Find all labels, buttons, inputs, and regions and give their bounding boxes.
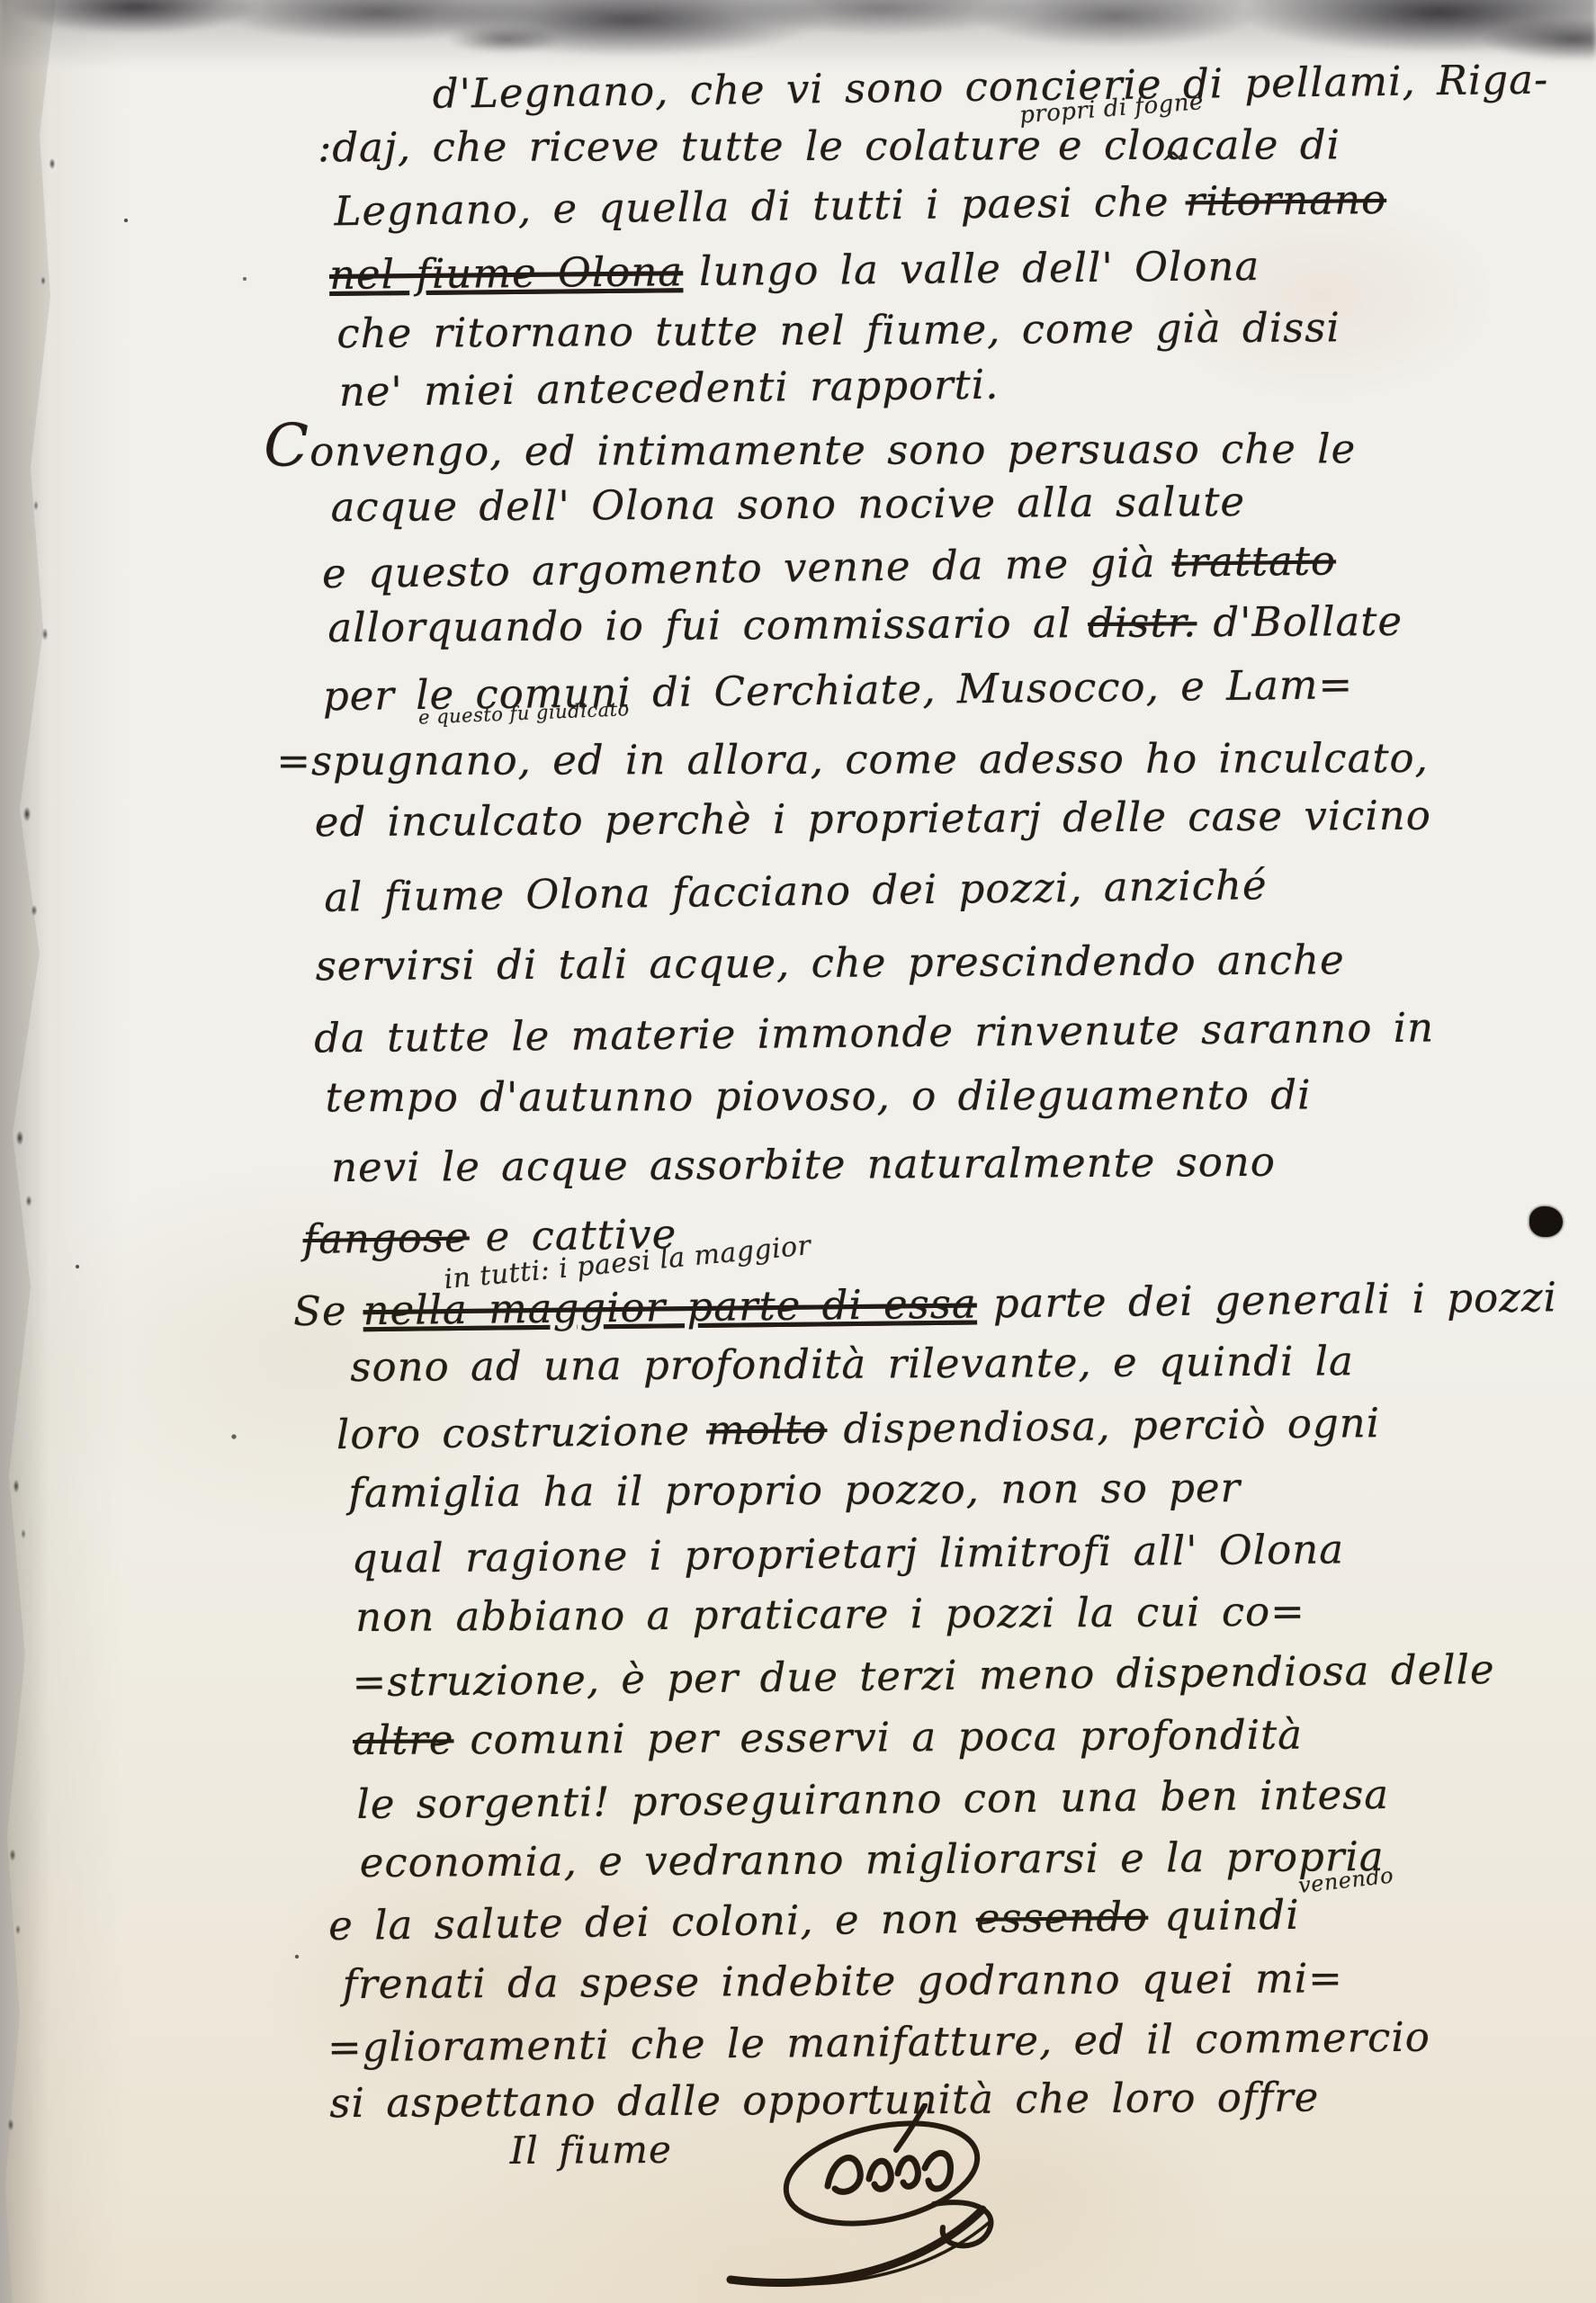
line-text: quindi — [1164, 1891, 1300, 1940]
manuscript-line: nel fiume Olonalungo la valle dell' Olon… — [329, 246, 1260, 295]
struck-text: nel fiume Olona — [329, 247, 684, 299]
manuscript-line: non abbiano a praticare i pozzi la cui c… — [355, 1591, 1305, 1637]
line-text: Se — [293, 1286, 347, 1335]
manuscript-line: al fiume Olona facciano dei pozzi, anzic… — [324, 865, 1268, 918]
manuscript-line: frenati da spese indebite godranno quei … — [343, 1958, 1343, 2004]
line-text: qual ragione i proprietarj limitrofi all… — [352, 1525, 1345, 1582]
line-text: =spugnano, ed in allora, come adesso ho … — [276, 734, 1429, 784]
line-text: e questo argomento venne da me già — [322, 539, 1156, 597]
line-text: Convengo, ed intimamente sono persuaso c… — [264, 425, 1356, 475]
line-text: al fiume Olona facciano dei pozzi, anzic… — [324, 861, 1268, 921]
line-text: e cloacale di — [1058, 121, 1340, 169]
line-text: :daj, che riceve tutte le colature — [318, 121, 1042, 171]
line-text: loro costruzione — [336, 1407, 691, 1458]
line-text: economia, e vedranno migliorarsi e la pr… — [360, 1833, 1385, 1886]
manuscript-line: tempo d'autunno piovoso, o dileguamento … — [326, 1074, 1312, 1117]
manuscript-line: e la salute dei coloni, e nonessendoquin… — [328, 1895, 1300, 1946]
struck-text: ritornano — [1185, 175, 1386, 226]
line-text: =glioramenti che le manifatture, ed il c… — [327, 2013, 1430, 2072]
line-text: le sorgenti! proseguiranno con una ben i… — [356, 1770, 1389, 1828]
manuscript-line: acque dell' Olona sono nocive alla salut… — [330, 481, 1245, 527]
manuscript-line: servirsi di tali acque, che prescindendo… — [316, 939, 1345, 986]
line-text: servirsi di tali acque, che prescindendo… — [316, 936, 1345, 990]
struck-text: distr. — [1088, 598, 1197, 647]
manuscript-line: =struzione, è per due terzi meno dispend… — [352, 1649, 1495, 1702]
manuscript-line: Convengo, ed intimamente sono persuaso c… — [264, 414, 1356, 475]
line-text: nevi le acque assorbite naturalmente son… — [331, 1138, 1276, 1191]
line-text: e la salute dei coloni, e non — [328, 1895, 960, 1949]
manuscript-line: allorquando io fui commissario aldistr.d… — [327, 601, 1403, 648]
manuscript-line: loro costruzionemoltodispendiosa, perciò… — [336, 1402, 1381, 1455]
line-text: allorquando io fui commissario al — [327, 599, 1071, 651]
line-text: comuni per esservi a poca profondità — [470, 1711, 1303, 1764]
manuscript-line: :daj, che riceve tutte le colaturee cloa… — [318, 124, 1340, 167]
manuscript-line: economia, e vedranno migliorarsi e la pr… — [360, 1836, 1385, 1883]
manuscript-line: che ritornano tutte nel fiume, come già … — [336, 307, 1340, 354]
line-text: =struzione, è per due terzi meno dispend… — [352, 1645, 1495, 1706]
manuscript-line: le sorgenti! proseguiranno con una ben i… — [356, 1774, 1389, 1824]
manuscript-line: nevi le acque assorbite naturalmente son… — [331, 1142, 1276, 1187]
manuscript-line: =spugnano, ed in allora, come adesso ho … — [276, 738, 1429, 781]
line-text: ed inculcato perchè i proprietarj delle … — [315, 792, 1431, 847]
struck-text: trattato — [1171, 536, 1336, 586]
handwritten-text: d'Legnano, che vi sono concierie di pell… — [0, 0, 1596, 2303]
line-text: non abbiano a praticare i pozzi la cui c… — [355, 1588, 1305, 1641]
line-text: da tutte le materie immonde rinvenute sa… — [314, 1004, 1434, 1062]
manuscript-line: d'Legnano, che vi sono concierie di pell… — [433, 59, 1549, 114]
manuscript-line: =glioramenti che le manifatture, ed il c… — [327, 2017, 1430, 2068]
line-text: dispendiosa, perciò ogni — [843, 1399, 1380, 1453]
line-text: lungo la valle dell' Olona — [699, 242, 1260, 295]
manuscript-line: famiglia ha il proprio pozzo, non so per — [348, 1467, 1241, 1513]
struck-text: essendo — [976, 1893, 1149, 1942]
manuscript-line: e questo argomento venne da me giàtratta… — [322, 540, 1337, 594]
manuscript-line: altrecomuni per esservi a poca profondit… — [353, 1715, 1303, 1761]
line-text: famiglia ha il proprio pozzo, non so per — [348, 1464, 1241, 1517]
line-text: Il fiume — [510, 2128, 672, 2173]
line-text: frenati da spese indebite godranno quei … — [342, 1954, 1343, 2008]
line-text: tempo d'autunno piovoso, o dileguamento … — [326, 1071, 1312, 1121]
manuscript-line: qual ragione i proprietarj limitrofi all… — [352, 1528, 1345, 1579]
line-text: Legnano, e quella di tutti i paesi che — [334, 178, 1170, 236]
line-text: ne' miei antecedenti rapporti. — [339, 361, 1000, 416]
manuscript-line: da tutte le materie immonde rinvenute sa… — [314, 1008, 1434, 1059]
struck-text: molto — [706, 1405, 828, 1455]
struck-text: altre — [353, 1716, 454, 1764]
line-text: d'Legnano, che vi sono concierie di pell… — [432, 56, 1548, 118]
ink-blot — [1529, 1206, 1563, 1237]
manuscript-photo: d'Legnano, che vi sono concierie di pell… — [0, 0, 1596, 2303]
manuscript-line: ne' miei antecedenti rapporti. — [339, 364, 1000, 412]
manuscript-line: Legnano, e quella di tutti i paesi cheri… — [334, 179, 1386, 231]
line-text: d'Bollate — [1213, 597, 1403, 646]
manuscript-line: ed inculcato perchè i proprietarj delle … — [315, 795, 1431, 843]
insertion-caret: ^ — [1160, 148, 1186, 179]
manuscript-line: sono ad una profondità rilevante, e quin… — [350, 1340, 1354, 1387]
manuscript-line: Il fiume — [510, 2131, 672, 2170]
line-text: parte dei generali i pozzi — [992, 1273, 1557, 1327]
line-text: acque dell' Olona sono nocive alla salut… — [330, 478, 1245, 531]
signature-flourish — [693, 2103, 1035, 2303]
line-text: che ritornano tutte nel fiume, come già … — [336, 303, 1340, 357]
struck-text: fangose — [302, 1213, 470, 1263]
line-text: sono ad una profondità rilevante, e quin… — [350, 1337, 1354, 1391]
